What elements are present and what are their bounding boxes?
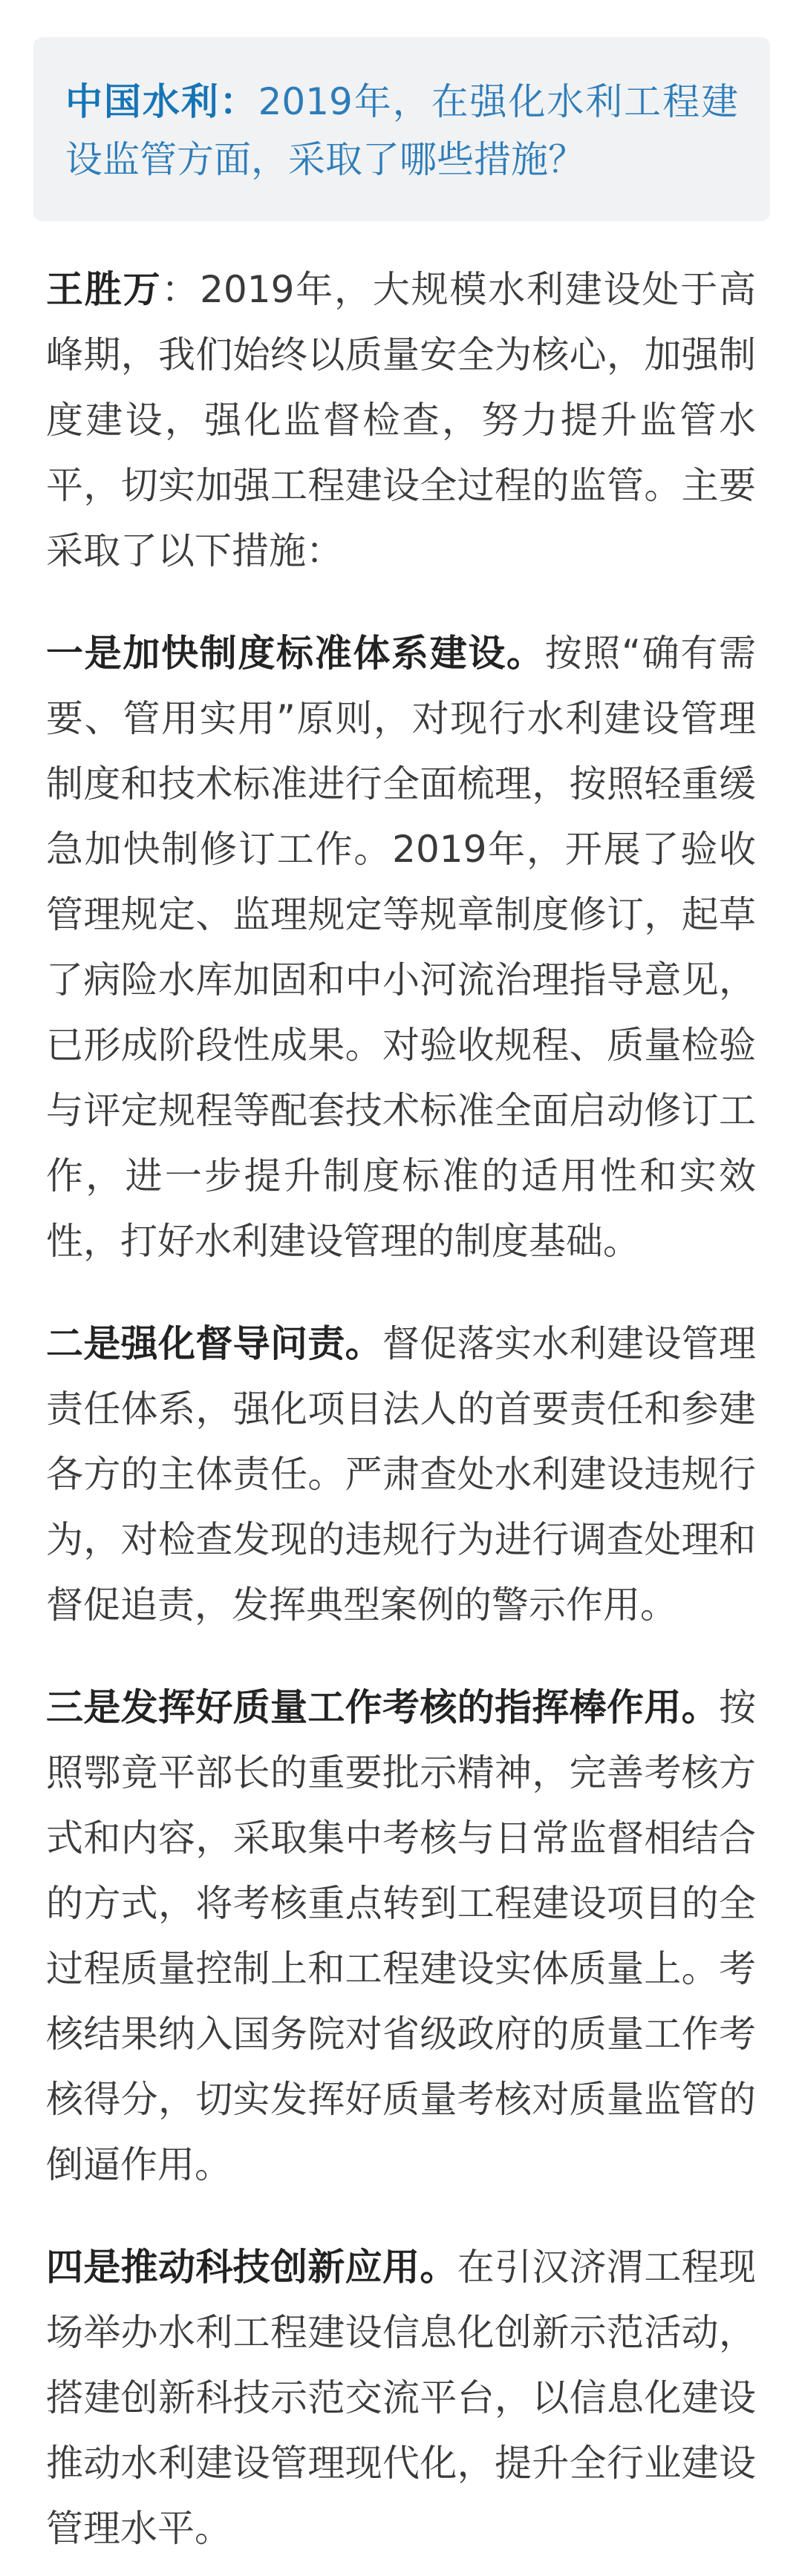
measure-3-body: 按照鄂竟平部长的重要批示精神，完善考核方式和内容，采取集中考核与日常监督相结合的…	[46, 1686, 756, 2186]
question-source-label: 中国水利：	[65, 80, 258, 123]
measure-paragraph-2: 二是强化督导问责。督促落实水利建设管理责任体系，强化项目法人的首要责任和参建各方…	[46, 1311, 756, 1638]
measure-paragraph-4: 四是推动科技创新应用。在引汉济渭工程现场举办水利工程建设信息化创新示范活动，搭建…	[46, 2235, 756, 2561]
measure-2-lead: 二是强化督导问责。	[46, 1322, 382, 1365]
question-box: 中国水利：2019年，在强化水利工程建设监管方面，采取了哪些措施？	[33, 37, 770, 221]
measure-paragraph-3: 三是发挥好质量工作考核的指挥棒作用。按照鄂竟平部长的重要批示精神，完善考核方式和…	[46, 1675, 756, 2197]
answer-intro-text: ：2019年，大规模水利建设处于高峰期，我们始终以质量安全为核心，加强制度建设，…	[46, 268, 756, 572]
answer-body: 王胜万：2019年，大规模水利建设处于高峰期，我们始终以质量安全为核心，加强制度…	[46, 221, 756, 2561]
measure-1-body: 按照“确有需要、管用实用”原则，对现行水利建设管理制度和技术标准进行全面梳理，按…	[46, 632, 756, 1263]
measure-4-lead: 四是推动科技创新应用。	[46, 2246, 457, 2289]
speaker-name: 王胜万	[46, 268, 161, 311]
measure-2-body: 督促落实水利建设管理责任体系，强化项目法人的首要责任和参建各方的主体责任。严肃查…	[46, 1322, 756, 1627]
measure-paragraph-1: 一是加快制度标准体系建设。按照“确有需要、管用实用”原则，对现行水利建设管理制度…	[46, 621, 756, 1274]
article-page: 中国水利：2019年，在强化水利工程建设监管方面，采取了哪些措施？ 王胜万：20…	[0, 0, 802, 2576]
measure-3-lead: 三是发挥好质量工作考核的指挥棒作用。	[46, 1686, 719, 1729]
measure-1-lead: 一是加快制度标准体系建设。	[46, 632, 545, 675]
answer-intro-paragraph: 王胜万：2019年，大规模水利建设处于高峰期，我们始终以质量安全为核心，加强制度…	[46, 257, 756, 583]
measure-4-body: 在引汉济渭工程现场举办水利工程建设信息化创新示范活动，搭建创新科技示范交流平台，…	[46, 2246, 756, 2550]
